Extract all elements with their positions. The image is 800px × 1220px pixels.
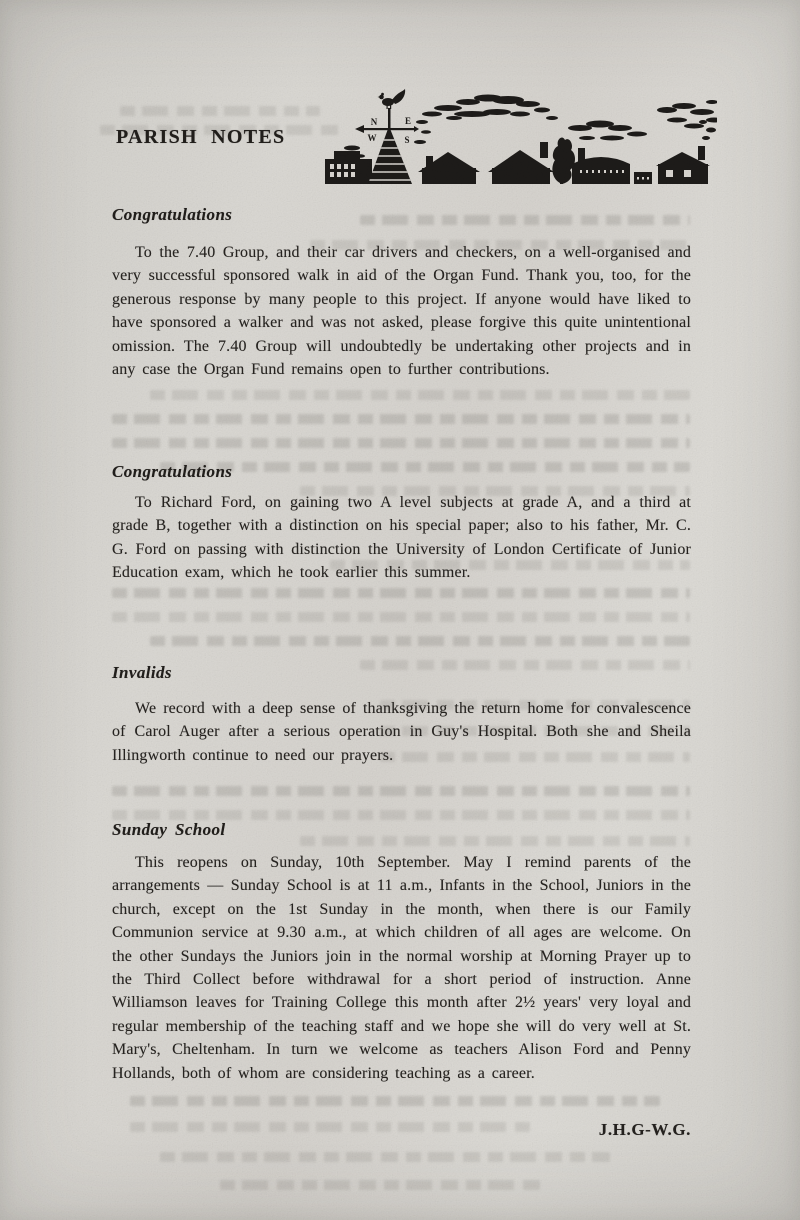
section-congratulations-2: Congratulations To Richard Ford, on gain… bbox=[112, 461, 691, 585]
signature: J.H.G-W.G. bbox=[112, 1120, 691, 1140]
section-body: To the 7.40 Group, and their car drivers… bbox=[112, 241, 691, 381]
page-content: PARISH NOTES N W E S bbox=[0, 0, 800, 1220]
page-title: PARISH NOTES bbox=[116, 126, 286, 149]
section-sunday-school: Sunday School This reopens on Sunday, 10… bbox=[112, 819, 691, 1085]
section-invalids: Invalids We record with a deep sense of … bbox=[112, 662, 691, 767]
section-heading: Congratulations bbox=[112, 204, 691, 226]
compass-letter-s: S bbox=[404, 135, 409, 145]
compass-letter-w: W bbox=[368, 133, 377, 143]
section-heading: Congratulations bbox=[112, 461, 691, 483]
section-congratulations-1: Congratulations To the 7.40 Group, and t… bbox=[112, 204, 691, 381]
compass-letter-n: N bbox=[371, 117, 378, 127]
village-skyline-illustration: N W E S bbox=[322, 88, 717, 190]
section-body: This reopens on Sunday, 10th September. … bbox=[112, 851, 691, 1085]
compass-letter-e: E bbox=[405, 116, 411, 126]
section-body: To Richard Ford, on gaining two A level … bbox=[112, 491, 691, 585]
section-body: We record with a deep sense of thanksgiv… bbox=[112, 697, 691, 767]
section-heading: Sunday School bbox=[112, 819, 691, 841]
village-houses-icon bbox=[418, 120, 716, 184]
section-heading: Invalids bbox=[112, 662, 691, 684]
